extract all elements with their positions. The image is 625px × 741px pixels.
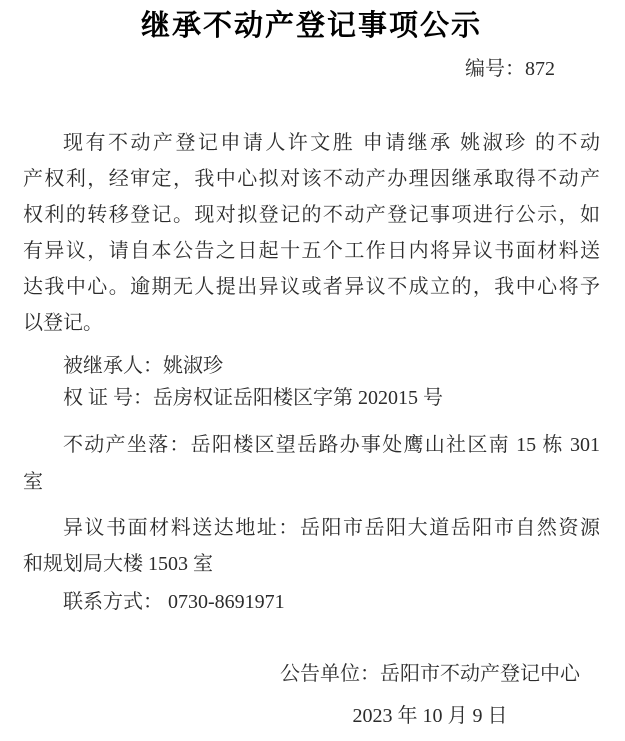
objection-address-line-2: 和规划局大楼 1503 室 bbox=[23, 546, 600, 582]
field-certificate-number: 权 证 号：岳房权证岳阳楼区字第 202015 号 bbox=[23, 382, 600, 414]
field-objection-address: 异议书面材料送达地址：岳阳市岳阳大道岳阳市自然资源 和规划局大楼 1503 室 bbox=[23, 510, 600, 582]
signature-block: 公告单位：岳阳市不动产登记中心 2023 年 10 月 9 日 bbox=[280, 656, 580, 734]
issuing-unit: 公告单位：岳阳市不动产登记中心 bbox=[280, 656, 580, 692]
issue-date: 2023 年 10 月 9 日 bbox=[280, 698, 580, 734]
body-line-2: 产权利，经审定，我中心拟对该不动产办理因继承取得不动产 bbox=[23, 161, 600, 197]
objection-address-line-1: 异议书面材料送达地址：岳阳市岳阳大道岳阳市自然资源 bbox=[23, 510, 600, 546]
field-contact-phone: 联系方式： 0730-8691971 bbox=[23, 586, 600, 618]
inheritance-registration-notice: 继承不动产登记事项公示 编号：872 现有不动产登记申请人许文胜 申请继承 姚淑… bbox=[0, 0, 625, 741]
notice-number: 编号：872 bbox=[23, 54, 600, 84]
body-line-1: 现有不动产登记申请人许文胜 申请继承 姚淑珍 的不动 bbox=[23, 125, 600, 161]
notice-body: 现有不动产登记申请人许文胜 申请继承 姚淑珍 的不动 产权利，经审定，我中心拟对… bbox=[23, 125, 600, 341]
body-line-6: 以登记。 bbox=[23, 305, 600, 341]
property-location-line-2: 室 bbox=[23, 464, 600, 501]
body-line-4: 有异议，请自本公告之日起十五个工作日内将异议书面材料送 bbox=[23, 233, 600, 269]
body-line-3: 权利的转移登记。现对拟登记的不动产登记事项进行公示，如 bbox=[23, 197, 600, 233]
property-location-line-1: 不动产坐落：岳阳楼区望岳路办事处鹰山社区南 15 栋 301 bbox=[23, 427, 600, 464]
body-line-5: 达我中心。逾期无人提出异议或者异议不成立的，我中心将予 bbox=[23, 269, 600, 305]
field-property-location: 不动产坐落：岳阳楼区望岳路办事处鹰山社区南 15 栋 301 室 bbox=[23, 427, 600, 501]
page-title: 继承不动产登记事项公示 bbox=[23, 6, 600, 46]
field-decedent: 被继承人：姚淑珍 bbox=[23, 350, 600, 382]
